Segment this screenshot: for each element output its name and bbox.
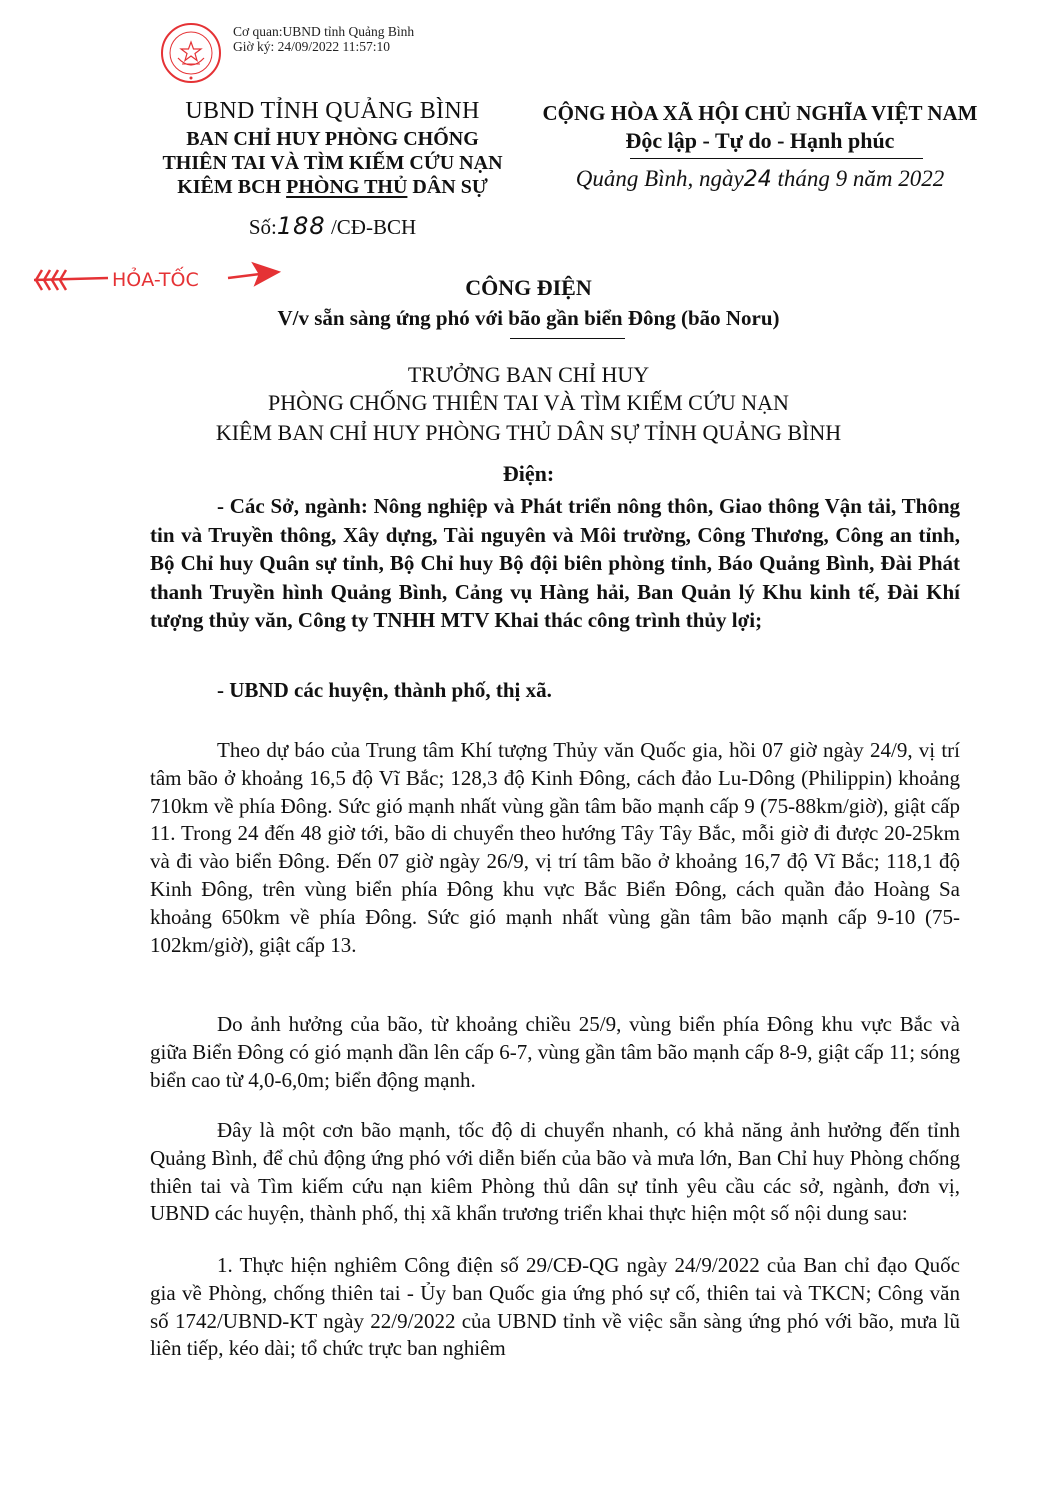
recipient-list-item: - UBND các huyện, thành phố, thị xã. <box>150 676 960 705</box>
line4-underlined: PHÒNG THỦ <box>286 176 407 198</box>
national-motto: Độc lập - Tự do - Hạnh phúc <box>525 128 995 154</box>
body-paragraph: Đây là một cơn bão mạnh, tốc độ di chuyể… <box>150 1117 960 1228</box>
document-title: CÔNG ĐIỆN <box>0 275 1057 301</box>
signature-time: Giờ ký: 24/09/2022 11:57:10 <box>233 39 414 54</box>
document-subject: V/v sẵn sàng ứng phó với bão gần biển Đô… <box>0 306 1057 331</box>
date-suffix: tháng 9 năm 2022 <box>772 166 945 191</box>
date-day-handwritten: 24 <box>744 167 772 192</box>
digital-signature-info: Cơ quan:UBND tỉnh Quảng Bình Giờ ký: 24/… <box>233 24 414 54</box>
line4-suffix: DÂN SỰ <box>407 176 487 198</box>
body-paragraph: 1. Thực hiện nghiêm Công điện số 29/CĐ-Q… <box>150 1252 960 1363</box>
issuer-line-1: TRƯỞNG BAN CHỈ HUY <box>0 362 1057 388</box>
issuer-line-2: PHÒNG CHỐNG THIÊN TAI VÀ TÌM KIẾM CỨU NẠ… <box>0 390 1057 416</box>
line4-prefix: KIÊM BCH <box>177 176 286 198</box>
issuer-line-3: KIÊM BAN CHỈ HUY PHÒNG THỦ DÂN SỰ TỈNH Q… <box>0 420 1057 446</box>
place-and-date: Quảng Bình, ngày24 tháng 9 năm 2022 <box>525 166 995 192</box>
number-prefix: Số: <box>249 215 277 239</box>
province-committee-name: UBND TỈNH QUẢNG BÌNH <box>150 98 515 125</box>
command-board-line-3: KIÊM BCH PHÒNG THỦ DÂN SỰ <box>150 176 515 199</box>
date-prefix: Quảng Bình, ngày <box>576 166 744 191</box>
command-board-line-1: BAN CHỈ HUY PHÒNG CHỐNG <box>150 128 515 151</box>
recipient-list-item: - Các Sở, ngành: Nông nghiệp và Phát tri… <box>150 492 960 635</box>
document-number: Số:188 /CĐ-BCH <box>150 212 515 240</box>
subject-underline <box>510 338 625 339</box>
recipients-label: Điện: <box>0 461 1057 487</box>
signature-agency: Cơ quan:UBND tỉnh Quảng Bình <box>233 24 414 39</box>
body-paragraph: Theo dự báo của Trung tâm Khí tượng Thủy… <box>150 737 960 959</box>
number-handwritten: 188 <box>277 212 326 240</box>
official-seal-icon <box>160 22 222 84</box>
motto-underline <box>630 158 923 159</box>
national-title: CỘNG HÒA XÃ HỘI CHỦ NGHĨA VIỆT NAM <box>525 101 995 126</box>
body-paragraph: Do ảnh hưởng của bão, từ khoảng chiều 25… <box>150 1011 960 1094</box>
number-suffix: /CĐ-BCH <box>326 215 416 239</box>
command-board-line-2: THIÊN TAI VÀ TÌM KIẾM CỨU NẠN <box>150 152 515 175</box>
